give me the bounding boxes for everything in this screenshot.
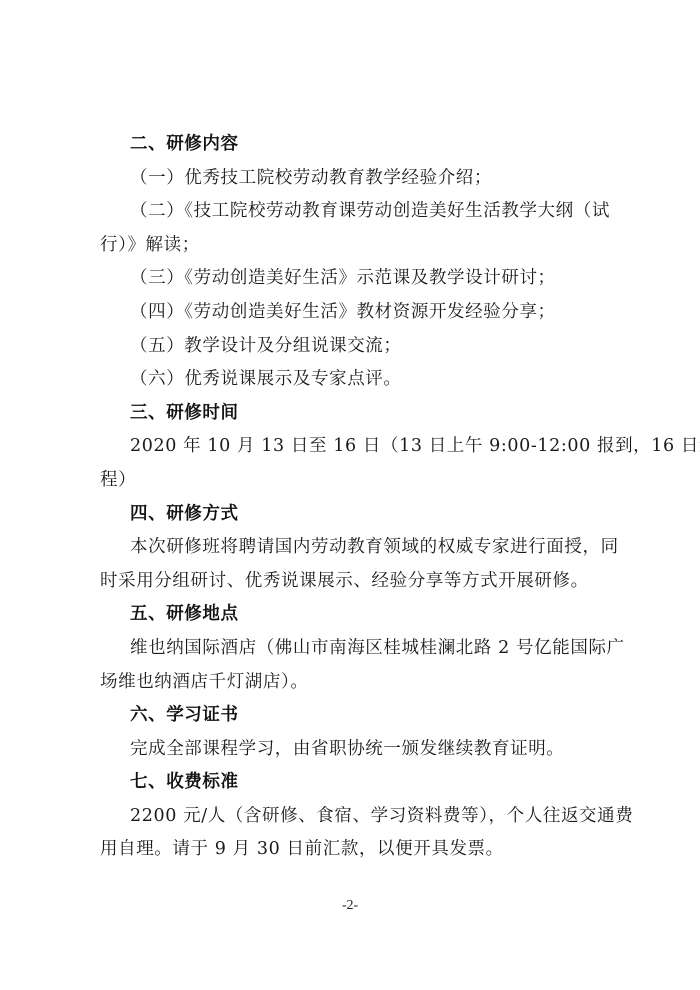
fees-paragraph-line-2: 用自理。请于 9 月 30 日前汇款，以便开具发票。 xyxy=(100,833,600,867)
section-heading-certificate: 六、学习证书 xyxy=(100,699,600,733)
fees-paragraph-line-1: 2200 元/人（含研修、食宿、学习资料费等），个人往返交通费 xyxy=(100,800,600,834)
section-heading-time: 三、研修时间 xyxy=(100,397,600,431)
content-item-4: （四）《劳动创造美好生活》教材资源开发经验分享； xyxy=(100,296,600,330)
section-heading-location: 五、研修地点 xyxy=(100,598,600,632)
time-paragraph-line-1: 2020 年 10 月 13 日至 16 日（13 日上午 9:00-12:00… xyxy=(100,430,600,464)
time-paragraph-line-2: 程） xyxy=(100,464,600,498)
certificate-paragraph: 完成全部课程学习，由省职协统一颁发继续教育证明。 xyxy=(100,733,600,767)
content-item-5: （五）教学设计及分组说课交流； xyxy=(100,330,600,364)
section-heading-content: 二、研修内容 xyxy=(100,128,600,162)
page-number: -2- xyxy=(0,898,700,914)
content-item-6: （六）优秀说课展示及专家点评。 xyxy=(100,363,600,397)
content-item-2-continued: 行）》解读； xyxy=(100,229,600,263)
content-item-1: （一）优秀技工院校劳动教育教学经验介绍； xyxy=(100,162,600,196)
content-item-3: （三）《劳动创造美好生活》示范课及教学设计研讨； xyxy=(100,262,600,296)
section-heading-fees: 七、收费标准 xyxy=(100,766,600,800)
method-paragraph-line-1: 本次研修班将聘请国内劳动教育领域的权威专家进行面授，同 xyxy=(100,531,600,565)
location-paragraph-line-1: 维也纳国际酒店（佛山市南海区桂城桂澜北路 2 号亿能国际广 xyxy=(100,632,600,666)
document-body: 二、研修内容 （一）优秀技工院校劳动教育教学经验介绍； （二）《技工院校劳动教育… xyxy=(100,128,600,867)
section-heading-method: 四、研修方式 xyxy=(100,498,600,532)
location-paragraph-line-2: 场维也纳酒店千灯湖店）。 xyxy=(100,666,600,700)
content-item-2: （二）《技工院校劳动教育课劳动创造美好生活教学大纲（试 xyxy=(100,195,600,229)
method-paragraph-line-2: 时采用分组研讨、优秀说课展示、经验分享等方式开展研修。 xyxy=(100,565,600,599)
